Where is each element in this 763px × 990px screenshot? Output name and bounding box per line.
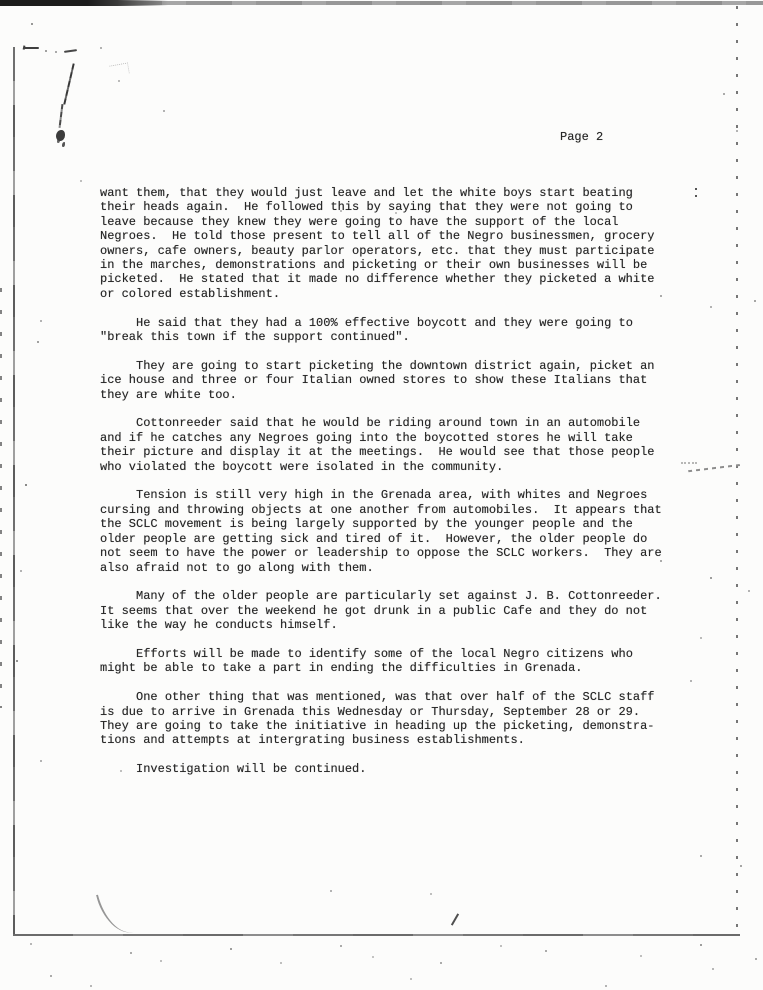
bottom-left-curved-mark [96,888,134,938]
paragraph-8: One other thing that was mentioned, was … [100,690,700,748]
scan-right-dotted-line [736,6,738,935]
bottom-center-slash-mark [451,913,459,925]
scan-top-edge-dark-band [0,0,168,6]
paragraph-3: They are going to start picketing the do… [100,359,700,402]
pencil-arrow-mark [24,47,39,49]
scan-far-left-edge-dashes [0,288,2,708]
paragraph-1: want them, that they would just leave an… [100,186,700,301]
paragraph-5: Tension is still very high in the Grenad… [100,488,700,574]
document-body: want them, that they would just leave an… [100,186,700,791]
paragraph-6: Many of the older people are particularl… [100,589,700,632]
page-number: Page 2 [560,130,603,144]
pencil-diagonal-stroke [63,63,74,104]
paragraph-9: Investigation will be continued. [100,762,700,776]
scan-left-margin-line [13,47,15,935]
scan-bottom-edge-line [13,934,740,936]
scanned-document-page: Page 2 want them, that they would just l… [0,0,763,990]
faint-pencil-scribble [109,62,130,76]
paragraph-4: Cottonreeder said that he would be ridin… [100,416,700,474]
scan-speckle-noise-bottom [0,0,2,2]
pencil-dash-mark [64,49,77,53]
paragraph-7: Efforts will be made to identify some of… [100,647,700,676]
pencil-scribble-blob [56,130,65,141]
pencil-diagonal-stroke-lower [59,104,64,128]
paragraph-2: He said that they had a 100% effective b… [100,316,700,345]
